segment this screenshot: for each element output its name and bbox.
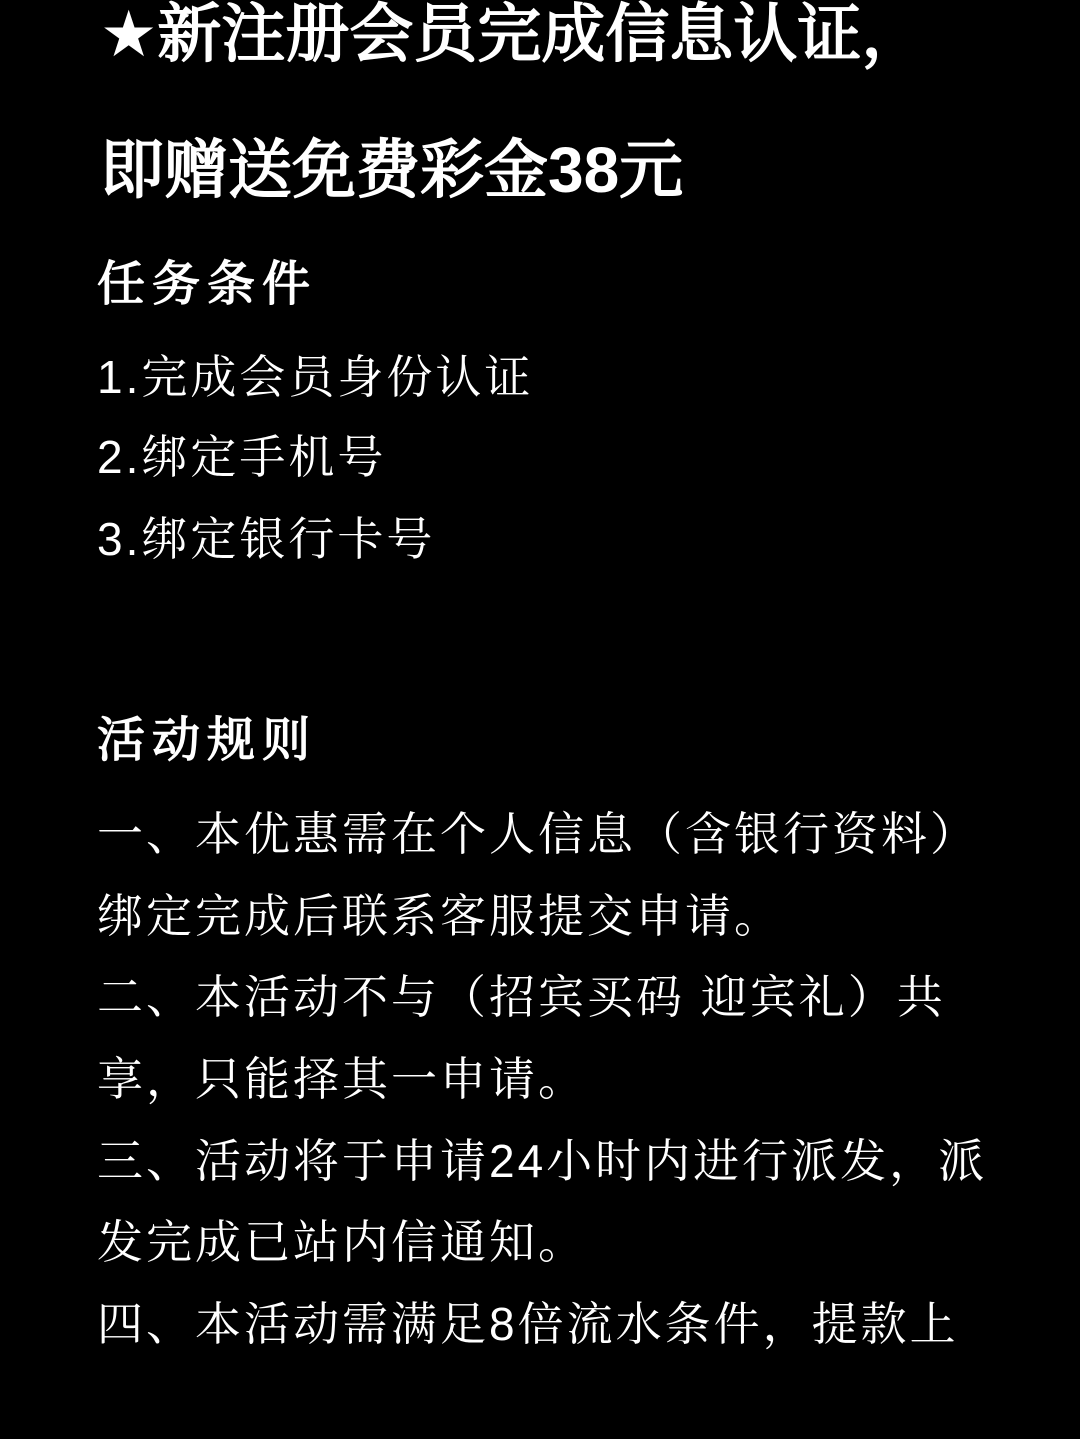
rule-line-2: 二、本活动不与（招宾买码 迎宾礼）共 xyxy=(97,974,946,1020)
task-item-3: 3.绑定银行卡号 xyxy=(97,516,435,562)
tasks-heading: 任务条件 xyxy=(97,261,317,309)
task-item-1: 1.完成会员身份认证 xyxy=(97,354,533,400)
promo-title-line-2: 即赠送免费彩金38元 xyxy=(100,138,683,202)
rule-line-1: 一、本优惠需在个人信息（含银行资料） xyxy=(97,811,979,857)
rule-line-4: 四、本活动需满足8倍流水条件，提款上 xyxy=(97,1301,959,1347)
rules-heading: 活动规则 xyxy=(97,717,317,765)
rule-line-3: 三、活动将于申请24小时内进行派发，派 xyxy=(97,1138,987,1184)
promo-title-line-1: ★新注册会员完成信息认证， xyxy=(100,2,925,66)
promo-rules-page: ★新注册会员完成信息认证， 即赠送免费彩金38元 任务条件 1.完成会员身份认证… xyxy=(0,0,1080,1439)
rule-line-1-continued: 绑定完成后联系客服提交申请。 xyxy=(97,893,783,939)
task-item-2: 2.绑定手机号 xyxy=(97,434,386,480)
rule-line-2-continued: 享，只能择其一申请。 xyxy=(97,1056,587,1102)
rule-line-3-continued: 发完成已站内信通知。 xyxy=(97,1219,587,1265)
